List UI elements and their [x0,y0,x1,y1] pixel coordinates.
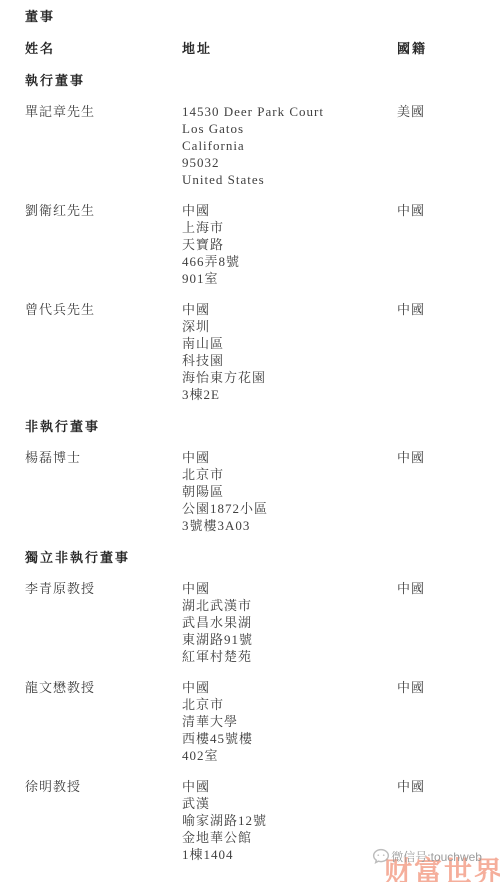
address-line: 14530 Deer Park Court [182,103,397,120]
column-header-name: 姓名 [25,40,182,57]
address-line: 金地華公館 [182,829,397,846]
address-line: Los Gatos [182,120,397,137]
address-line: 武昌水果湖 [182,614,397,631]
address-line: 901室 [182,270,397,287]
address-line: 深圳 [182,318,397,335]
director-nationality: 中國 [397,449,475,534]
column-header-nationality: 國籍 [397,40,475,57]
section-heading: 非執行董事 [25,418,475,435]
director-address: 14530 Deer Park CourtLos GatosCalifornia… [182,103,397,188]
address-line: 上海市 [182,219,397,236]
address-line: United States [182,171,397,188]
director-row: 單記章先生14530 Deer Park CourtLos GatosCalif… [25,103,475,188]
director-address: 中國武漢喻家湖路12號金地華公館1棟1404 [182,778,397,863]
address-line: 紅軍村楚苑 [182,648,397,665]
director-row: 李青原教授中國湖北武漢市武昌水果湖東湖路91號紅軍村楚苑中國 [25,580,475,665]
sections: 執行董事單記章先生14530 Deer Park CourtLos GatosC… [25,72,475,863]
address-line: 湖北武漢市 [182,597,397,614]
director-row: 曾代兵先生中國深圳南山區科技園海怡東方花園3棟2E中國 [25,301,475,403]
address-line: 95032 [182,154,397,171]
address-line: 公園1872小區 [182,500,397,517]
director-row: 楊磊博士中國北京市朝陽區公園1872小區3號樓3A03中國 [25,449,475,534]
address-line: 中國 [182,301,397,318]
director-name: 徐明教授 [25,778,182,863]
address-line: 1棟1404 [182,846,397,863]
director-nationality: 中國 [397,679,475,764]
director-row: 徐明教授中國武漢喻家湖路12號金地華公館1棟1404中國 [25,778,475,863]
director-name: 龍文懋教授 [25,679,182,764]
address-line: 武漢 [182,795,397,812]
address-line: 中國 [182,202,397,219]
address-line: 466弄8號 [182,253,397,270]
director-address: 中國北京市清華大學西樓45號樓402室 [182,679,397,764]
director-name: 單記章先生 [25,103,182,188]
address-line: 南山區 [182,335,397,352]
address-line: 中國 [182,778,397,795]
director-nationality: 美國 [397,103,475,188]
address-line: 西樓45號樓 [182,730,397,747]
director-address: 中國湖北武漢市武昌水果湖東湖路91號紅軍村楚苑 [182,580,397,665]
address-line: 中國 [182,449,397,466]
director-name: 李青原教授 [25,580,182,665]
address-line: 3棟2E [182,386,397,403]
director-nationality: 中國 [397,301,475,403]
column-header-address: 地址 [182,40,397,57]
section-heading: 獨立非執行董事 [25,549,475,566]
director-nationality: 中國 [397,202,475,287]
director-name: 楊磊博士 [25,449,182,534]
director-address: 中國深圳南山區科技園海怡東方花園3棟2E [182,301,397,403]
address-line: 中國 [182,679,397,696]
director-address: 中國北京市朝陽區公園1872小區3號樓3A03 [182,449,397,534]
section-heading: 執行董事 [25,72,475,89]
address-line: 天寶路 [182,236,397,253]
address-line: 北京市 [182,466,397,483]
address-line: 中國 [182,580,397,597]
address-line: 朝陽區 [182,483,397,500]
address-line: 3號樓3A03 [182,517,397,534]
address-line: 清華大學 [182,713,397,730]
page-title: 董事 [25,8,475,25]
director-nationality: 中國 [397,778,475,863]
column-header-row: 姓名 地址 國籍 [25,40,475,57]
director-row: 龍文懋教授中國北京市清華大學西樓45號樓402室中國 [25,679,475,764]
director-name: 曾代兵先生 [25,301,182,403]
address-line: 喻家湖路12號 [182,812,397,829]
address-line: 科技園 [182,352,397,369]
director-address: 中國上海市天寶路466弄8號901室 [182,202,397,287]
director-name: 劉衛红先生 [25,202,182,287]
address-line: 402室 [182,747,397,764]
director-nationality: 中國 [397,580,475,665]
address-line: California [182,137,397,154]
document-page: 董事 姓名 地址 國籍 執行董事單記章先生14530 Deer Park Cou… [0,0,475,863]
address-line: 海怡東方花園 [182,369,397,386]
address-line: 北京市 [182,696,397,713]
director-row: 劉衛红先生中國上海市天寶路466弄8號901室中國 [25,202,475,287]
address-line: 東湖路91號 [182,631,397,648]
